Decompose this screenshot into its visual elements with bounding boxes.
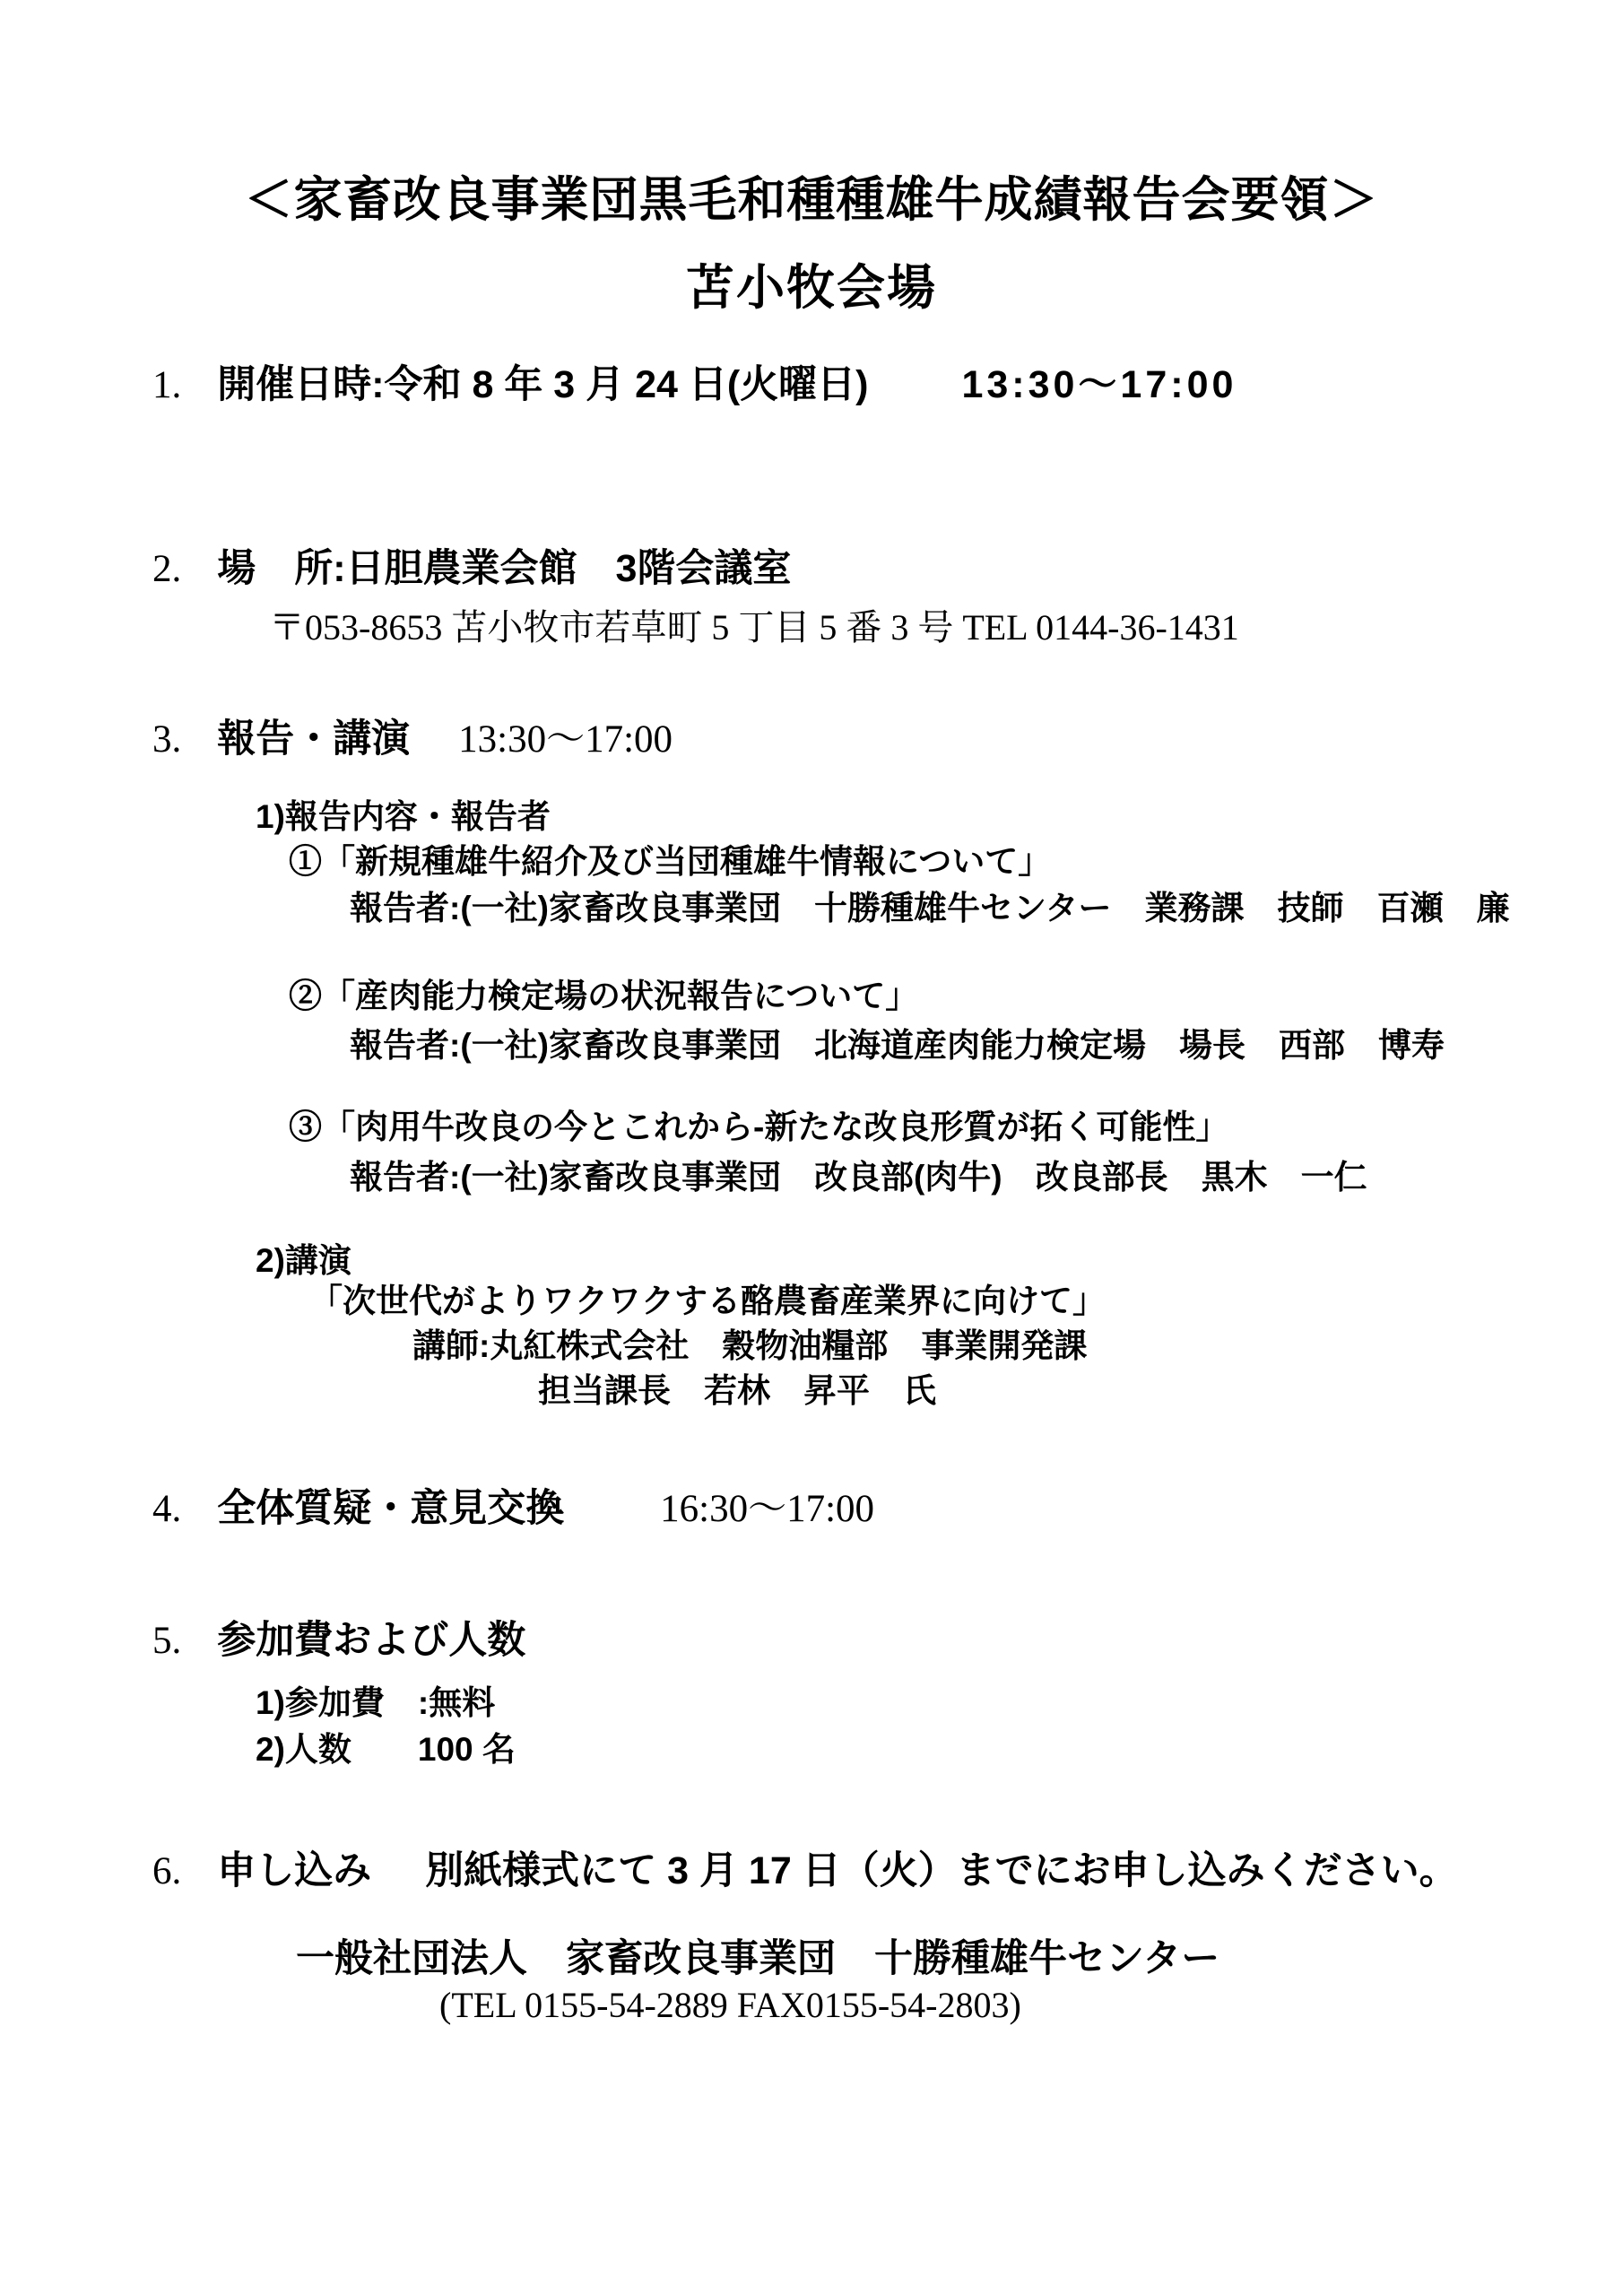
- lecture-lecturer-affiliation: 講師:丸紅株式会社 穀物油糧部 事業開発課: [412, 1318, 1087, 1367]
- section-reports-heading: 報告・講演: [217, 717, 410, 761]
- section-datetime: 1. 開催日時:令和 8 年 3 月 24 日(火曜日) 13:30～17:00: [152, 354, 1237, 409]
- report-2-title: ②「産肉能力検定場の状況報告について」: [289, 969, 918, 1017]
- section-number: 1.: [152, 364, 181, 406]
- report-1-title: ①「新規種雄牛紹介及び当団種雄牛情報について」: [289, 834, 1051, 883]
- section-number: 6.: [152, 1850, 181, 1892]
- section-application: 6. 申し込み 別紙様式にて 3 月 17 日（火）までにお申し込みください。: [152, 1840, 1458, 1895]
- footer-organization: 一般社団法人 家畜改良事業団 十勝種雄牛センター: [296, 1928, 1219, 1983]
- section-qa: 4. 全体質疑・意見交換 16:30～17:00: [152, 1478, 874, 1533]
- section-application-text: 別紙様式にて 3 月 17 日（火）までにお申し込みください。: [425, 1849, 1458, 1892]
- fee-item: 1)参加費 :無料: [256, 1675, 495, 1724]
- section-place: 2. 場 所:日胆農業会館 3階会議室: [152, 538, 791, 593]
- section-fee-heading: 参加費および人数: [217, 1619, 525, 1662]
- section-number: 3.: [152, 718, 181, 761]
- reports-sublabel: 1)報告内容・報告者: [256, 789, 551, 838]
- section-datetime-time: 13:30～17:00: [961, 363, 1237, 406]
- place-address: 〒053-8653 苫小牧市若草町 5 丁目 5 番 3 号 TEL 0144-…: [269, 599, 1239, 650]
- lecture-lecturer-name: 担当課長 若林 昇平 氏: [538, 1363, 936, 1412]
- report-3-title: ③「肉用牛改良の今とこれから-新たな改良形質が拓く可能性」: [289, 1100, 1228, 1148]
- section-application-heading: 申し込み: [217, 1849, 371, 1892]
- venue-subtitle: 苫小牧会場: [0, 249, 1623, 318]
- section-number: 4.: [152, 1488, 181, 1530]
- footer-contact: (TEL 0155-54-2889 FAX0155-54-2803): [439, 1984, 1021, 2026]
- report-3-presenter: 報告者:(一社)家畜改良事業団 改良部(肉牛) 改良部長 黒木 一仁: [350, 1150, 1367, 1198]
- attendees-item: 2)人数 100 名: [256, 1722, 516, 1770]
- section-reports: 3. 報告・講演 13:30～17:00: [152, 709, 673, 763]
- lecture-title: 「次世代がよりワクワクする酪農畜産業界に向けて」: [309, 1274, 1106, 1322]
- report-1-presenter: 報告者:(一社)家畜改良事業団 十勝種雄牛センター 業務課 技師 百瀬 廉: [350, 881, 1509, 929]
- section-number: 2.: [152, 548, 181, 590]
- document-title: ＜家畜改良事業団黒毛和種種雄牛成績報告会要領＞: [0, 161, 1623, 230]
- document-page: ＜家畜改良事業団黒毛和種種雄牛成績報告会要領＞ 苫小牧会場 1. 開催日時:令和…: [0, 0, 1623, 2296]
- section-qa-time: 16:30～17:00: [660, 1488, 874, 1530]
- section-reports-time: 13:30～17:00: [458, 718, 673, 761]
- section-fee: 5. 参加費および人数: [152, 1610, 525, 1665]
- section-datetime-heading: 開催日時:令和 8 年 3 月 24 日(火曜日): [217, 363, 868, 406]
- section-number: 5.: [152, 1620, 181, 1662]
- section-qa-heading: 全体質疑・意見交換: [217, 1487, 564, 1530]
- section-place-heading: 場 所:日胆農業会館 3階会議室: [217, 547, 791, 590]
- report-2-presenter: 報告者:(一社)家畜改良事業団 北海道産肉能力検定場 場長 西部 博寿: [350, 1018, 1445, 1066]
